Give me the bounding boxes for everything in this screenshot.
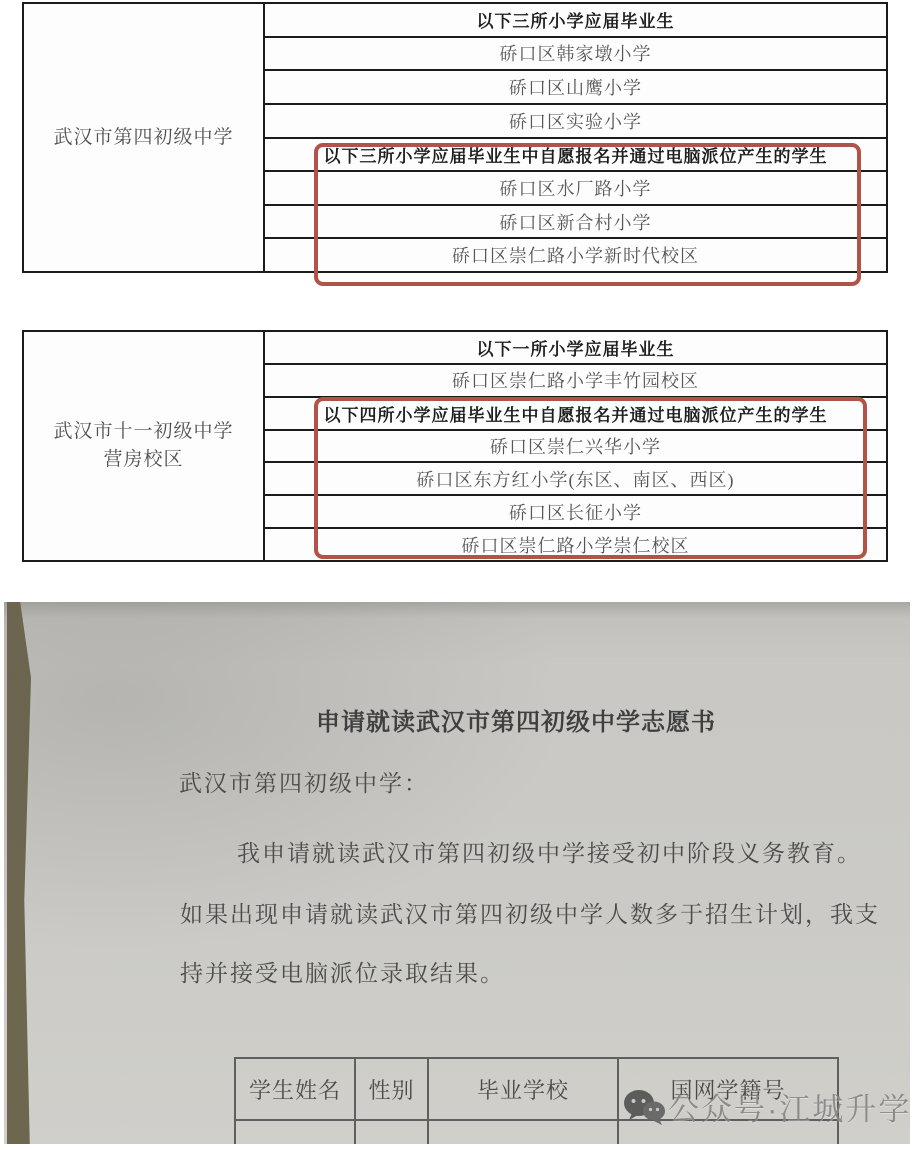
row-label: 硚口区崇仁路小学新时代校区 bbox=[452, 242, 699, 268]
feeder-school-rows: 以下三所小学应届毕业生 硚口区韩家墩小学 硚口区山鹰小学 硚口区实验小学 以下三… bbox=[265, 4, 886, 271]
school-name-cell: 武汉市十一初级中学 营房校区 bbox=[24, 332, 265, 560]
row-label: 硚口区山鹰小学 bbox=[509, 74, 642, 100]
row-label: 硚口区实验小学 bbox=[509, 108, 642, 134]
form-header-student-name: 学生姓名 bbox=[236, 1059, 356, 1119]
table-row: 以下一所小学应届毕业生 bbox=[265, 332, 886, 365]
row-label: 以下一所小学应届毕业生 bbox=[477, 335, 675, 360]
row-label: 硚口区东方红小学(东区、南区、西区) bbox=[417, 466, 735, 492]
form-header-gender: 性别 bbox=[356, 1059, 429, 1119]
letter-salutation: 武汉市第四初级中学： bbox=[179, 765, 429, 798]
row-label: 硚口区崇仁路小学崇仁校区 bbox=[462, 532, 690, 558]
table-row: 以下三所小学应届毕业生中自愿报名并通过电脑派位产生的学生 bbox=[265, 139, 886, 173]
shared-article-image: 武汉市第四初级中学 以下三所小学应届毕业生 硚口区韩家墩小学 硚口区山鹰小学 硚… bbox=[0, 0, 914, 1150]
row-label: 硚口区水厂路小学 bbox=[500, 175, 652, 201]
letter-paragraph-1: 我申请就读武汉市第四初级中学接受初中阶段义务教育。 bbox=[237, 835, 862, 868]
assignment-table-2: 武汉市十一初级中学 营房校区 以下一所小学应届毕业生 硚口区崇仁路小学丰竹园校区… bbox=[22, 330, 888, 562]
paper-edge-shadow bbox=[7, 602, 31, 1144]
feeder-school-rows: 以下一所小学应届毕业生 硚口区崇仁路小学丰竹园校区 以下四所小学应届毕业生中自愿… bbox=[265, 332, 886, 560]
table-row: 硚口区韩家墩小学 bbox=[265, 38, 886, 72]
row-label: 硚口区韩家墩小学 bbox=[500, 40, 652, 66]
table-row: 硚口区实验小学 bbox=[265, 105, 886, 139]
table-row: 硚口区崇仁兴华小学 bbox=[265, 431, 886, 464]
row-label: 以下三所小学应届毕业生中自愿报名并通过电脑派位产生的学生 bbox=[324, 142, 828, 167]
row-label: 硚口区新合村小学 bbox=[500, 209, 652, 235]
school-name: 武汉市第四初级中学 bbox=[53, 124, 233, 152]
form-cell bbox=[429, 1121, 619, 1144]
assignment-table-1: 武汉市第四初级中学 以下三所小学应届毕业生 硚口区韩家墩小学 硚口区山鹰小学 硚… bbox=[22, 2, 888, 273]
wechat-bubbles-icon bbox=[622, 1087, 666, 1127]
school-name: 武汉市十一初级中学 bbox=[53, 418, 233, 446]
letter-title: 申请就读武汉市第四初级中学志愿书 bbox=[316, 702, 716, 737]
form-cell bbox=[356, 1121, 429, 1144]
table-row: 硚口区崇仁路小学新时代校区 bbox=[265, 239, 886, 271]
letter-paragraph-2-line-1: 如果出现申请就读武汉市第四初级中学人数多于招生计划，我支 bbox=[180, 896, 880, 929]
table-row: 硚口区崇仁路小学丰竹园校区 bbox=[265, 365, 886, 398]
row-label: 硚口区长征小学 bbox=[509, 499, 642, 525]
row-label: 以下四所小学应届毕业生中自愿报名并通过电脑派位产生的学生 bbox=[324, 401, 828, 426]
form-cell bbox=[236, 1121, 356, 1144]
row-label: 硚口区崇仁路小学丰竹园校区 bbox=[452, 367, 699, 393]
form-header-graduating-school: 毕业学校 bbox=[429, 1059, 619, 1119]
table-row: 以下三所小学应届毕业生 bbox=[265, 4, 886, 38]
letter-paragraph-2-line-2: 持并接受电脑派位录取结果。 bbox=[180, 955, 505, 988]
school-name-cell: 武汉市第四初级中学 bbox=[24, 4, 265, 271]
table-row: 以下四所小学应届毕业生中自愿报名并通过电脑派位产生的学生 bbox=[265, 398, 886, 431]
table-row: 硚口区东方红小学(东区、南区、西区) bbox=[265, 463, 886, 496]
watermark: 公众号·江城升学 bbox=[622, 1084, 910, 1129]
table-row: 硚口区水厂路小学 bbox=[265, 172, 886, 206]
table-row: 硚口区长征小学 bbox=[265, 496, 886, 529]
row-label: 硚口区崇仁兴华小学 bbox=[490, 433, 661, 459]
watermark-text: 公众号·江城升学 bbox=[668, 1084, 910, 1129]
row-label: 以下三所小学应届毕业生 bbox=[477, 7, 675, 32]
table-row: 硚口区山鹰小学 bbox=[265, 71, 886, 105]
school-campus: 营房校区 bbox=[103, 446, 183, 474]
table-row: 硚口区新合村小学 bbox=[265, 206, 886, 240]
application-letter-photo: 申请就读武汉市第四初级中学志愿书 武汉市第四初级中学： 我申请就读武汉市第四初级… bbox=[4, 602, 910, 1144]
table-row: 硚口区崇仁路小学崇仁校区 bbox=[265, 529, 886, 560]
